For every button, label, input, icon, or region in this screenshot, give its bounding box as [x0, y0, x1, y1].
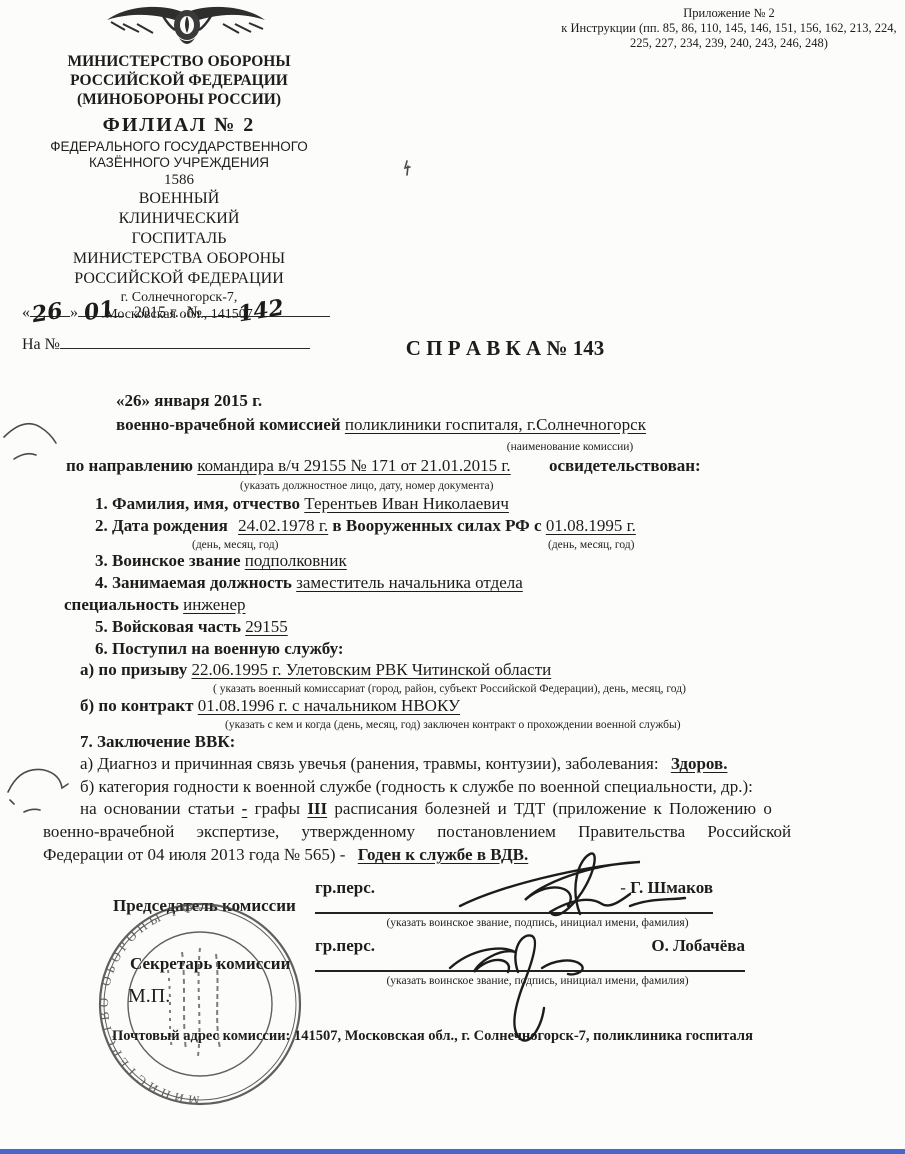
- secretary-sign-note: (указать воинское звание, подпись, иници…: [365, 975, 710, 987]
- item6a-line: а) по призыву 22.06.1995 г. Улетовским Р…: [80, 660, 551, 680]
- institution-name: ФЕДЕРАЛЬНОГО ГОСУДАРСТВЕННОГО КАЗЁННОГО …: [18, 139, 340, 171]
- institution-number: 1586: [18, 172, 340, 189]
- item6b-note: (указать с кем и когда (день, месяц, год…: [225, 719, 681, 731]
- item6b-label: б) по контракт: [80, 696, 193, 715]
- handwritten-month: 01: [82, 296, 116, 326]
- item7-label: 7. Заключение ВВК:: [80, 732, 235, 752]
- item1-value: Терентьев Иван Николаевич: [304, 494, 509, 513]
- scan-edge-blue-line: [0, 1149, 905, 1154]
- item6b-value: 01.08.1996 г. с начальником НВОКУ: [198, 696, 460, 715]
- hospital-name: ВОЕННЫЙ КЛИНИЧЕСКИЙ ГОСПИТАЛЬ МИНИСТЕРСТ…: [18, 189, 340, 289]
- item6a-label: а) по призыву: [80, 660, 187, 679]
- year-number-label: 2015 г. .№: [134, 304, 202, 321]
- commission-note: (наименование комиссии): [420, 441, 720, 453]
- chairman-signature-scrawl: [430, 848, 720, 920]
- item2-line: 2. Дата рождения 24.02.1978 г. в Вооруже…: [95, 516, 636, 536]
- item6-label: 6. Поступил на военную службу:: [95, 639, 344, 659]
- appendix-line-3: 225, 227, 234, 239, 240, 243, 246, 248): [555, 36, 903, 51]
- letterhead: МИНИСТЕРСТВО ОБОРОНЫ РОССИЙСКОЙ ФЕДЕРАЦИ…: [18, 52, 340, 323]
- document-page: Приложение № 2 к Инструкции (пп. 85, 86,…: [0, 0, 905, 1154]
- basis-text-5: Федерации от 04 июля 2013 года № 565) -: [43, 845, 345, 864]
- item4-label: 4. Занимаемая должность: [95, 573, 292, 592]
- left-edge-mark-1: [0, 405, 70, 475]
- item7a-text: а) Диагноз и причинная связь увечья (ран…: [80, 754, 659, 773]
- hospital-line-2: КЛИНИЧЕСКИЙ: [18, 209, 340, 229]
- direction-value: командира в/ч 29155 № 171 от 21.01.2015 …: [197, 456, 510, 475]
- item3-label: 3. Воинское звание: [95, 551, 241, 570]
- appendix-reference: Приложение № 2 к Инструкции (пп. 85, 86,…: [555, 6, 903, 51]
- item2-label: 2. Дата рождения: [95, 516, 228, 535]
- item2-service-date: 01.08.1995 г.: [546, 516, 636, 535]
- chairman-rank: гр.перс.: [315, 878, 375, 898]
- commission-label: военно-врачебной комиссией: [116, 415, 341, 434]
- month-blank: 01: [78, 316, 124, 317]
- basis-graph-value: III: [307, 799, 327, 818]
- scan-artifact-mark: [398, 158, 418, 180]
- left-edge-mark-2: [0, 748, 75, 833]
- item4-line: 4. Занимаемая должность заместитель нача…: [95, 573, 523, 593]
- item6a-value: 22.06.1995 г. Улетовским РВК Читинской о…: [191, 660, 551, 679]
- speciality-value: инженер: [183, 595, 245, 614]
- item6b-line: б) по контракт 01.08.1996 г. с начальник…: [80, 696, 460, 716]
- org-line-2: РОССИЙСКОЙ ФЕДЕРАЦИИ: [18, 71, 340, 90]
- item1-line: 1. Фамилия, имя, отчество Терентьев Иван…: [95, 494, 509, 514]
- quote-close: »: [70, 304, 78, 321]
- institution-line-2: КАЗЁННОГО УЧРЕЖДЕНИЯ: [18, 155, 340, 171]
- item6a-note: ( указать военный комиссариат (город, ра…: [213, 683, 686, 695]
- item4-value: заместитель начальника отдела: [296, 573, 523, 592]
- item3-line: 3. Воинское звание подполковник: [95, 551, 347, 571]
- doc-number-blank: 142: [202, 316, 330, 317]
- item1-label: 1. Фамилия, имя, отчество: [95, 494, 300, 513]
- speciality-label: специальность: [64, 595, 179, 614]
- eagle-emblem-icon: [105, 0, 270, 48]
- stamp-rim-text: МИНИСТЕРСТВО ОБОРОНЫ РФ: [96, 900, 200, 1108]
- basis-line-1: на основании статьи - графы III расписан…: [80, 799, 772, 819]
- examined-label: освидетельствован:: [549, 456, 701, 475]
- day-blank: 26: [30, 316, 70, 317]
- date-note-2: (день, месяц, год): [548, 539, 634, 551]
- date-note-1: (день, месяц, год): [192, 539, 278, 551]
- handwritten-day: 26: [30, 298, 64, 328]
- secretary-name: О. Лобачёва: [651, 936, 745, 956]
- commission-value: поликлиники госпиталя, г.Солнечногорск: [345, 415, 646, 434]
- basis-line-2: военно-врачебной экспертизе, утвержденно…: [43, 822, 791, 842]
- institution-line-1: ФЕДЕРАЛЬНОГО ГОСУДАРСТВЕННОГО: [18, 139, 340, 155]
- commission-line: военно-врачебной комиссией поликлиники г…: [116, 415, 646, 435]
- direction-note: (указать должностное лицо, дату, номер д…: [240, 480, 493, 492]
- hospital-line-3: ГОСПИТАЛЬ: [18, 229, 340, 249]
- direction-label: по направлению: [66, 456, 193, 475]
- basis-text-1: на основании статьи: [80, 799, 234, 818]
- item7a-value: Здоров.: [671, 754, 728, 773]
- in-reply-label: На №: [22, 336, 60, 353]
- item3-value: подполковник: [245, 551, 347, 570]
- body-date-line: «26» января 2015 г.: [116, 391, 262, 411]
- basis-text-2: графы: [255, 799, 300, 818]
- appendix-line-1: Приложение № 2: [555, 6, 903, 21]
- speciality-line: специальность инженер: [64, 595, 246, 615]
- item7a-line: а) Диагноз и причинная связь увечья (ран…: [80, 754, 727, 774]
- item5-value: 29155: [245, 617, 288, 636]
- basis-article-value: -: [242, 799, 248, 818]
- item5-line: 5. Войсковая часть 29155: [95, 617, 288, 637]
- org-line-1: МИНИСТЕРСТВО ОБОРОНЫ: [18, 52, 340, 71]
- appendix-line-2: к Инструкции (пп. 85, 86, 110, 145, 146,…: [555, 21, 903, 36]
- quote-open: «: [22, 304, 30, 321]
- round-stamp: МИНИСТЕРСТВО ОБОРОНЫ РФ: [70, 900, 330, 1110]
- date-number-row: «26»012015 г. .№142: [22, 304, 330, 322]
- hospital-line-5: РОССИЙСКОЙ ФЕДЕРАЦИИ: [18, 269, 340, 289]
- direction-line: по направлению командира в/ч 29155 № 171…: [66, 456, 701, 476]
- svg-text:МИНИСТЕРСТВО ОБОРОНЫ РФ: МИНИСТЕРСТВО ОБОРОНЫ РФ: [96, 900, 200, 1108]
- org-line-3: (МИНОБОРОНЫ РОССИИ): [18, 90, 340, 109]
- hospital-line-1: ВОЕННЫЙ: [18, 189, 340, 209]
- document-title: С П Р А В К А № 143: [300, 336, 710, 361]
- basis-text-3: расписания болезней и ТДТ (приложение к …: [334, 799, 771, 818]
- item7b-line: б) категория годности к военной службе (…: [80, 777, 753, 797]
- org-name: МИНИСТЕРСТВО ОБОРОНЫ РОССИЙСКОЙ ФЕДЕРАЦИ…: [18, 52, 340, 109]
- branch-title: ФИЛИАЛ № 2: [18, 114, 340, 137]
- in-reply-blank: [60, 348, 310, 349]
- footer-address: Почтовый адрес комиссии: 141507, Московс…: [112, 1028, 753, 1045]
- item2-birthdate: 24.02.1978 г.: [238, 516, 328, 535]
- item2-mid-label: в Вооруженных силах РФ с: [332, 516, 541, 535]
- item5-label: 5. Войсковая часть: [95, 617, 241, 636]
- hospital-line-4: МИНИСТЕРСТВА ОБОРОНЫ: [18, 249, 340, 269]
- in-reply-row: На №: [22, 336, 310, 354]
